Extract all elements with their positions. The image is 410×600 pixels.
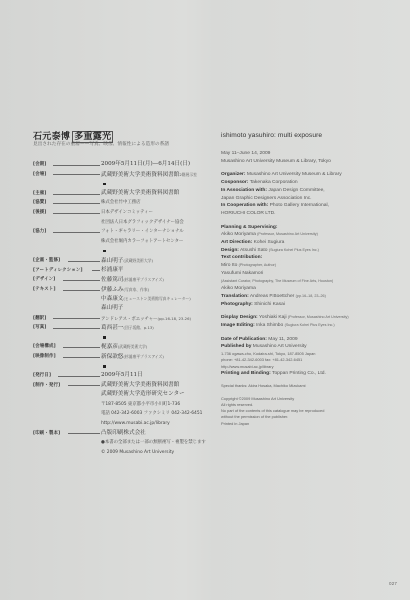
en-credit-line: In Cooperation with: Photo Gallery Inter… (221, 202, 349, 210)
jp-credit-row: 中森康文(ヒューストン美術館写真キュレーター) (33, 294, 208, 304)
jp-credit-label: [協力] (33, 227, 47, 237)
leader-line (63, 290, 100, 291)
leader-line (58, 376, 100, 377)
bullet-icon (103, 336, 106, 339)
jp-credit-label: [企画・監修] (33, 256, 60, 266)
jp-subtitle: 見出された存在の重層——写真、映像、情報性による造形の系譜 (33, 141, 169, 147)
jp-credit-row: [印刷・製本]凸版印刷株式会社 (33, 429, 208, 439)
en-credit-line: Art Direction: Kohei Sugiura (221, 239, 349, 247)
jp-credit-row: [会期]2009年5月11日(月)—6月14日(日) (33, 160, 208, 170)
jp-credit-note: (pp.16-18, 23-26) (158, 316, 191, 321)
jp-credit-row: [協力]フォト・ギャラリー・インターナショナル (33, 227, 208, 237)
en-venue: Musashino Art University Museum & Librar… (221, 158, 349, 166)
leader-line (63, 357, 100, 358)
en-publication-date: Date of Publication: May 11, 2009 (221, 336, 349, 344)
en-printing: Printing and Binding: Toppan Printing Co… (221, 370, 349, 378)
leader-line (68, 385, 100, 386)
en-credit-line: Japan Graphic Designers Association Inc. (221, 195, 349, 203)
jp-credit-note: (武蔵野美術大学) (118, 344, 148, 349)
jp-credit-value: 社団法人日本グラフィックデザイナー協会 (101, 218, 184, 228)
jp-credit-note: (団子坂館、p.13) (123, 325, 153, 330)
en-credit-line: Organizer: Musashino Art University Muse… (221, 171, 349, 179)
jp-credit-row: © 2009 Musashino Art University (33, 448, 208, 458)
en-credit-line: Text contribution: (221, 254, 349, 262)
jp-credit-row: [会場構成]梶嘉彦(武蔵野美術大学) (33, 342, 208, 352)
jp-credit-note: (杉浦康平プラスアイズ) (123, 354, 163, 359)
jp-credit-row: [協賛]株式会社竹中工務店 (33, 198, 208, 208)
en-credit-line: HORIUCHI COLOR LTD. (221, 210, 349, 218)
leader-line (53, 318, 100, 319)
jp-credit-row: 株式会社堀内カラーフォトアートセンター (33, 237, 208, 247)
jp-credit-label: [映像制作] (33, 352, 56, 362)
leader-line (53, 232, 100, 233)
jp-credit-value: 武蔵野美術大学美術資料図書館 (101, 381, 179, 391)
leader-line (53, 213, 100, 214)
jp-credit-value: フォト・ギャラリー・インターナショナル (101, 227, 184, 237)
jp-credit-row: [企画・監修]森山明子(武蔵野美術大学) (33, 256, 208, 266)
jp-credit-label: [制作・発行] (33, 381, 60, 391)
leader-line (68, 261, 100, 262)
jp-credit-value: 森山明子 (101, 304, 123, 314)
en-credit-line: Cosponsor: Takenaka Corporation (221, 179, 349, 187)
jp-credit-row: [映像制作]新保歆悠(杉浦康平プラスアイズ) (33, 352, 208, 362)
separator-dot (33, 333, 208, 343)
jp-credit-label: [後援] (33, 208, 47, 218)
leader-line (53, 194, 100, 195)
jp-credit-value: 武蔵野美術大学造形研究センター (101, 390, 185, 400)
jp-credit-row: [翻訳]アンドレアス・ボエッチャー(pp.16-18, 23-26) (33, 314, 208, 324)
leader-line (92, 270, 100, 271)
en-credit-line: Display Design: Yoshiaki Kaji (Professor… (221, 314, 349, 322)
jp-credit-value: 凸版印刷株式会社 (101, 429, 146, 439)
jp-credit-row: 〒187-8505 東京都小平市小川町1-736 (33, 400, 208, 410)
separator-dot (33, 246, 208, 256)
jp-credit-label: [発行日] (33, 371, 51, 381)
jp-credit-label: [協賛] (33, 198, 47, 208)
en-credit-line: Miro Ito (Photographer, Author) (221, 262, 349, 270)
jp-credit-value: 2009年5月11日 (101, 371, 143, 381)
en-credits-staff: Planning & Supervising: Akiko Moriyama (… (221, 224, 349, 309)
en-title: ishimoto yasuhiro: multi exposure (221, 132, 322, 139)
bullet-icon (103, 183, 106, 186)
jp-credit-value: © 2009 Musashino Art University (101, 448, 174, 458)
en-credit-block: May 11–June 14, 2009 Musashino Art Unive… (221, 150, 349, 427)
jp-credit-row: [アートディレクション]杉浦康平 (33, 266, 208, 276)
jp-credit-row: http://www.musabi.ac.jp/library (33, 419, 208, 429)
jp-credit-label: [写真] (33, 323, 47, 333)
jp-credit-label: [翻訳] (33, 314, 47, 324)
jp-credit-row: [デザイン]佐藤篤司(杉浦康平プラスアイズ) (33, 275, 208, 285)
jp-credit-note: (武蔵野美術大学) (123, 258, 153, 263)
en-credit-line: Photography: Shinichi Kasai (221, 301, 349, 309)
en-dates: May 11–June 14, 2009 (221, 150, 349, 158)
leader-line (53, 203, 100, 204)
jp-credit-value: 日本デザインコミッティー (101, 208, 153, 218)
jp-credit-value: 株式会社竹中工務店 (101, 198, 141, 208)
en-credit-line: Translation: Andreas P.Boettcher (pp.16–… (221, 293, 349, 301)
page-number: 027 (389, 581, 397, 586)
jp-credit-value: http://www.musabi.ac.jp/library (101, 419, 170, 429)
jp-credit-row: [主催]武蔵野美術大学美術資料図書館 (33, 189, 208, 199)
jp-credit-value: 武蔵野美術大学美術資料図書館 (101, 189, 179, 199)
jp-credit-note: (杉浦康平プラスアイズ) (123, 277, 163, 282)
jp-credit-row: [制作・発行]武蔵野美術大学美術資料図書館 (33, 381, 208, 391)
jp-credit-label: [会場] (33, 170, 47, 180)
jp-credit-label: [デザイン] (33, 275, 55, 285)
separator-dot (33, 179, 208, 189)
en-credit-line: Design: Atsushi Sato (Sugiura Kohei Plus… (221, 247, 349, 255)
en-credit-line: Akiko Moriyama (221, 285, 349, 293)
en-credits-display: Display Design: Yoshiaki Kaji (Professor… (221, 314, 349, 329)
jp-credit-note: (写真家、作家) (123, 287, 149, 292)
jp-credit-label: [会場構成] (33, 342, 56, 352)
en-credit-line: Planning & Supervising: (221, 224, 349, 232)
jp-credit-value: 株式会社堀内カラーフォトアートセンター (101, 237, 183, 247)
bullet-icon (103, 365, 106, 368)
jp-credit-row: 社団法人日本グラフィックデザイナー協会 (33, 218, 208, 228)
jp-credit-list: [会期]2009年5月11日(月)—6月14日(日)[会場]武蔵野美術大学美術資… (33, 160, 208, 457)
en-copyright: Copyright ©2009 Musashino Art University… (221, 396, 349, 427)
jp-credit-label: [印刷・製本] (33, 429, 60, 439)
leader-line (63, 347, 100, 348)
jp-credit-row: 武蔵野美術大学造形研究センター (33, 390, 208, 400)
jp-credit-row: [後援]日本デザインコミッティー (33, 208, 208, 218)
jp-credit-row: ●本書の全部または一部の無断複写・複製を禁じます (33, 438, 208, 448)
jp-credit-row: 電話 042-342-6003 ファクシミリ 042-342-6451 (33, 409, 208, 419)
en-publisher: Published by Musashino Art University (221, 343, 349, 351)
jp-credit-note: 2階展示室 (179, 172, 197, 177)
jp-credit-row: [テキスト]伊藤ふみ(写真家、作家) (33, 285, 208, 295)
jp-credit-value: 電話 042-342-6003 ファクシミリ 042-342-6451 (101, 409, 202, 419)
leader-line (53, 174, 100, 175)
bullet-icon (103, 250, 106, 253)
separator-dot (33, 361, 208, 371)
jp-credit-row: [写真]葛西甚一(団子坂館、p.13) (33, 323, 208, 333)
en-credit-line: Image Editing: Inka Shimbo (Sugiura Kohe… (221, 322, 349, 330)
copyright-line: Printed in Japan (221, 421, 349, 427)
jp-credit-label: [会期] (33, 160, 47, 170)
jp-credit-row: [発行日]2009年5月11日 (33, 371, 208, 381)
en-credits-organizers: Organizer: Musashino Art University Muse… (221, 171, 349, 217)
leader-line (68, 433, 100, 434)
jp-credit-label: [主催] (33, 189, 47, 199)
jp-credit-value: 杉浦康平 (101, 266, 123, 276)
jp-credit-label: [テキスト] (33, 285, 56, 295)
en-credit-line: Yasufumi Nakamori (221, 270, 349, 278)
jp-credit-value: 〒187-8505 東京都小平市小川町1-736 (101, 400, 180, 410)
catalogue-colophon-page: 石元泰博多重露光 見出された存在の重層——写真、映像、情報性による造形の系譜 [… (0, 0, 410, 600)
jp-credit-row: 森山明子 (33, 304, 208, 314)
jp-credit-label: [アートディレクション] (33, 266, 83, 276)
leader-line (63, 280, 100, 281)
jp-credit-note: (ヒューストン美術館写真キュレーター) (123, 296, 190, 301)
jp-credit-value: 2009年5月11日(月)—6月14日(日) (101, 160, 190, 170)
en-credit-line: (Assistant Curator, Photography, The Mus… (221, 278, 349, 286)
en-credit-line: Akiko Moriyama (Professor, Musashino Art… (221, 231, 349, 239)
en-credit-line: In Association with: Japan Design Commit… (221, 187, 349, 195)
jp-credit-row: [会場]武蔵野美術大学美術資料図書館2階展示室 (33, 170, 208, 180)
jp-credit-value: ●本書の全部または一部の無断複写・複製を禁じます (101, 438, 206, 448)
leader-line (53, 328, 100, 329)
leader-line (53, 165, 100, 166)
